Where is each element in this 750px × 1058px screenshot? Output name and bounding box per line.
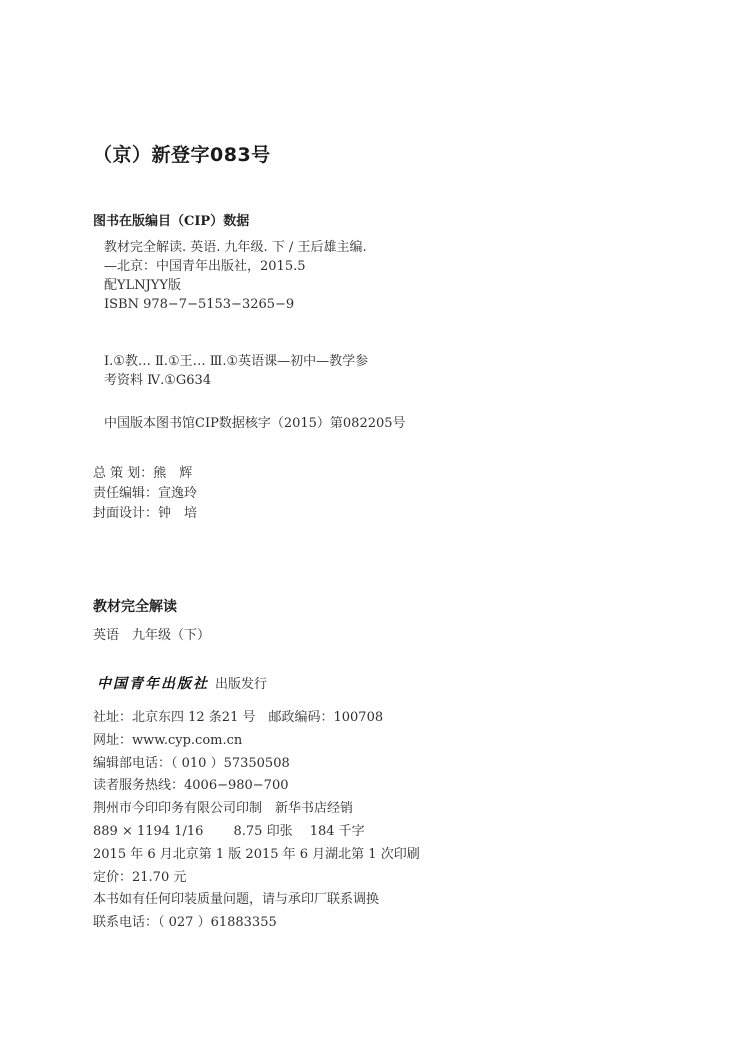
printer-line: 荆州市今印印务有限公司印制 新华书店经销 [93,798,420,821]
address-line: 社址：北京东四 12 条21 号 邮政编码：100708 [93,707,420,730]
classification-line: 考资料 Ⅳ.①G634 [104,371,368,390]
reader-hotline-line: 读者服务热线：4006−980−700 [93,775,420,798]
publisher-role: 出版发行 [215,677,267,692]
edition-line: 2015 年 6 月北京第 1 版 2015 年 6 月湖北第 1 次印刷 [93,844,420,867]
colophon: 社址：北京东四 12 条21 号 邮政编码：100708 网址：www.cyp.… [93,707,420,935]
cip-entry-line: 教材完全解读. 英语. 九年级. 下 / 王后雄主编. [104,238,367,257]
price-line: 定价：21.70 元 [93,867,420,890]
staff-credits: 总 策 划：熊 辉 责任编辑：宣逸玲 封面设计：钟 培 [93,464,197,524]
cip-entry-line: —北京：中国青年出版社，2015.5 [104,257,367,276]
cip-classification: Ⅰ.①教… Ⅱ.①王… Ⅲ.①英语课—初中—教学参 考资料 Ⅳ.①G634 [104,352,368,390]
cip-entry: 教材完全解读. 英语. 九年级. 下 / 王后雄主编. —北京：中国青年出版社，… [104,238,367,314]
contact-phone-line: 联系电话：（ 027 ）61883355 [93,912,420,935]
cip-record: 中国版本图书馆CIP数据核字（2015）第082205号 [104,414,406,433]
staff-cover-designer: 封面设计：钟 培 [93,504,197,524]
staff-editor: 责任编辑：宣逸玲 [93,484,197,504]
registration-number: （京）新登字083号 [93,140,271,167]
book-subtitle: 英语 九年级（下） [93,624,210,643]
quality-notice-line: 本书如有任何印装质量问题，请与承印厂联系调换 [93,889,420,912]
editorial-phone-line: 编辑部电话：（ 010 ）57350508 [93,753,420,776]
publisher-line: 中国青年出版社出版发行 [97,673,267,693]
book-title: 教材完全解读 [93,596,177,616]
cip-heading: 图书在版编目（CIP）数据 [93,210,249,229]
staff-planner: 总 策 划：熊 辉 [93,464,197,484]
website-line: 网址：www.cyp.com.cn [93,730,420,753]
publisher-logo: 中国青年出版社 [97,676,209,692]
format-line: 889 × 1194 1/16 8.75 印张 184 千字 [93,821,420,844]
classification-line: Ⅰ.①教… Ⅱ.①王… Ⅲ.①英语课—初中—教学参 [104,352,368,371]
cip-entry-line: 配YLNJYY版 [104,276,367,295]
cip-entry-line: ISBN 978−7−5153−3265−9 [104,295,367,314]
